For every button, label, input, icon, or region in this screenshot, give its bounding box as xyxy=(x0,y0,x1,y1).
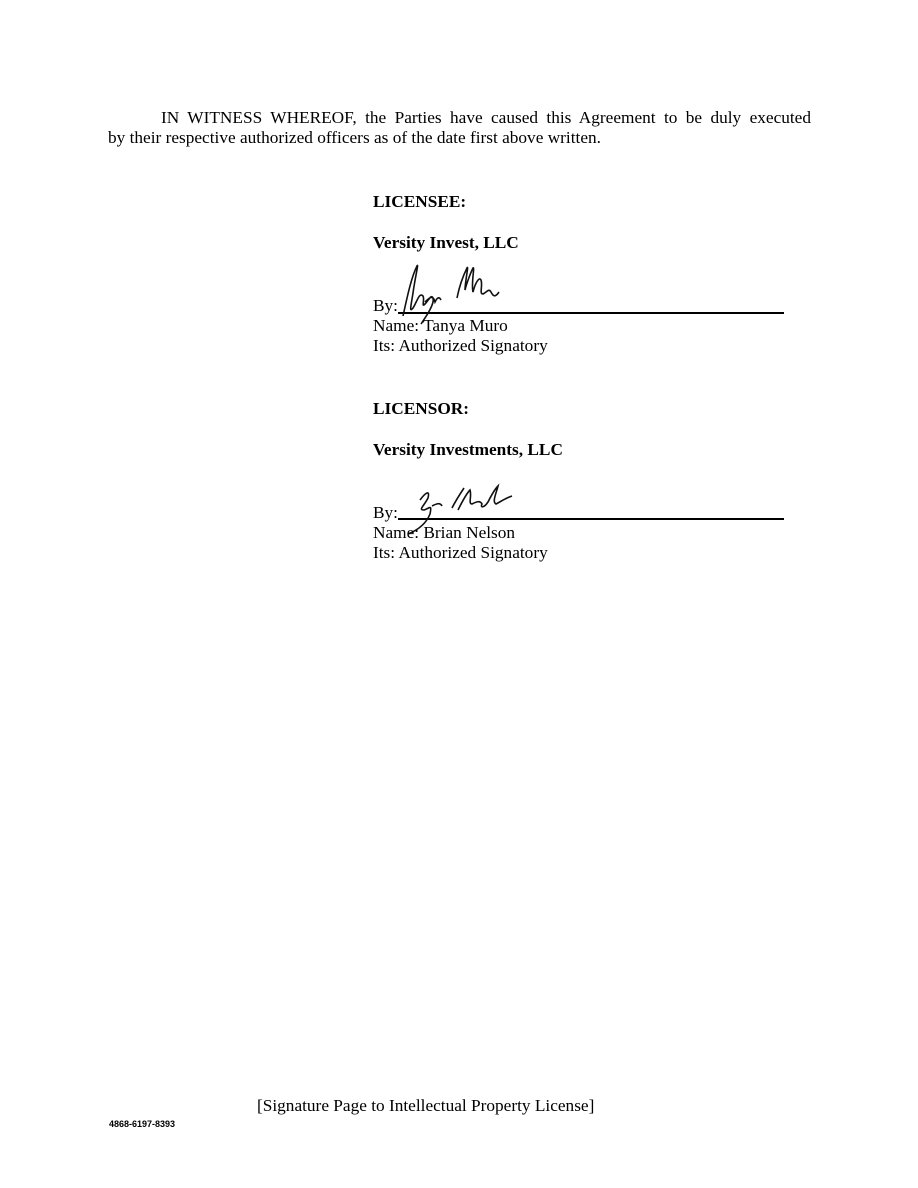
document-id: 4868-6197-8393 xyxy=(109,1119,175,1129)
licensee-title: Its: Authorized Signatory xyxy=(373,336,548,356)
licensee-company: Versity Invest, LLC xyxy=(373,233,519,253)
witness-clause-line-2: by their respective authorized officers … xyxy=(108,128,601,148)
licensee-name: Name: Tanya Muro xyxy=(373,316,508,336)
page-footer-caption: [Signature Page to Intellectual Property… xyxy=(257,1096,594,1116)
licensor-title: Its: Authorized Signatory xyxy=(373,543,548,563)
licensor-company: Versity Investments, LLC xyxy=(373,440,563,460)
licensor-heading: LICENSOR: xyxy=(373,399,469,419)
witness-clause-line-1: IN WITNESS WHEREOF, the Parties have cau… xyxy=(161,108,811,128)
licensee-heading: LICENSEE: xyxy=(373,192,466,212)
licensor-name: Name: Brian Nelson xyxy=(373,523,515,543)
licensor-by-label: By: xyxy=(373,503,398,523)
